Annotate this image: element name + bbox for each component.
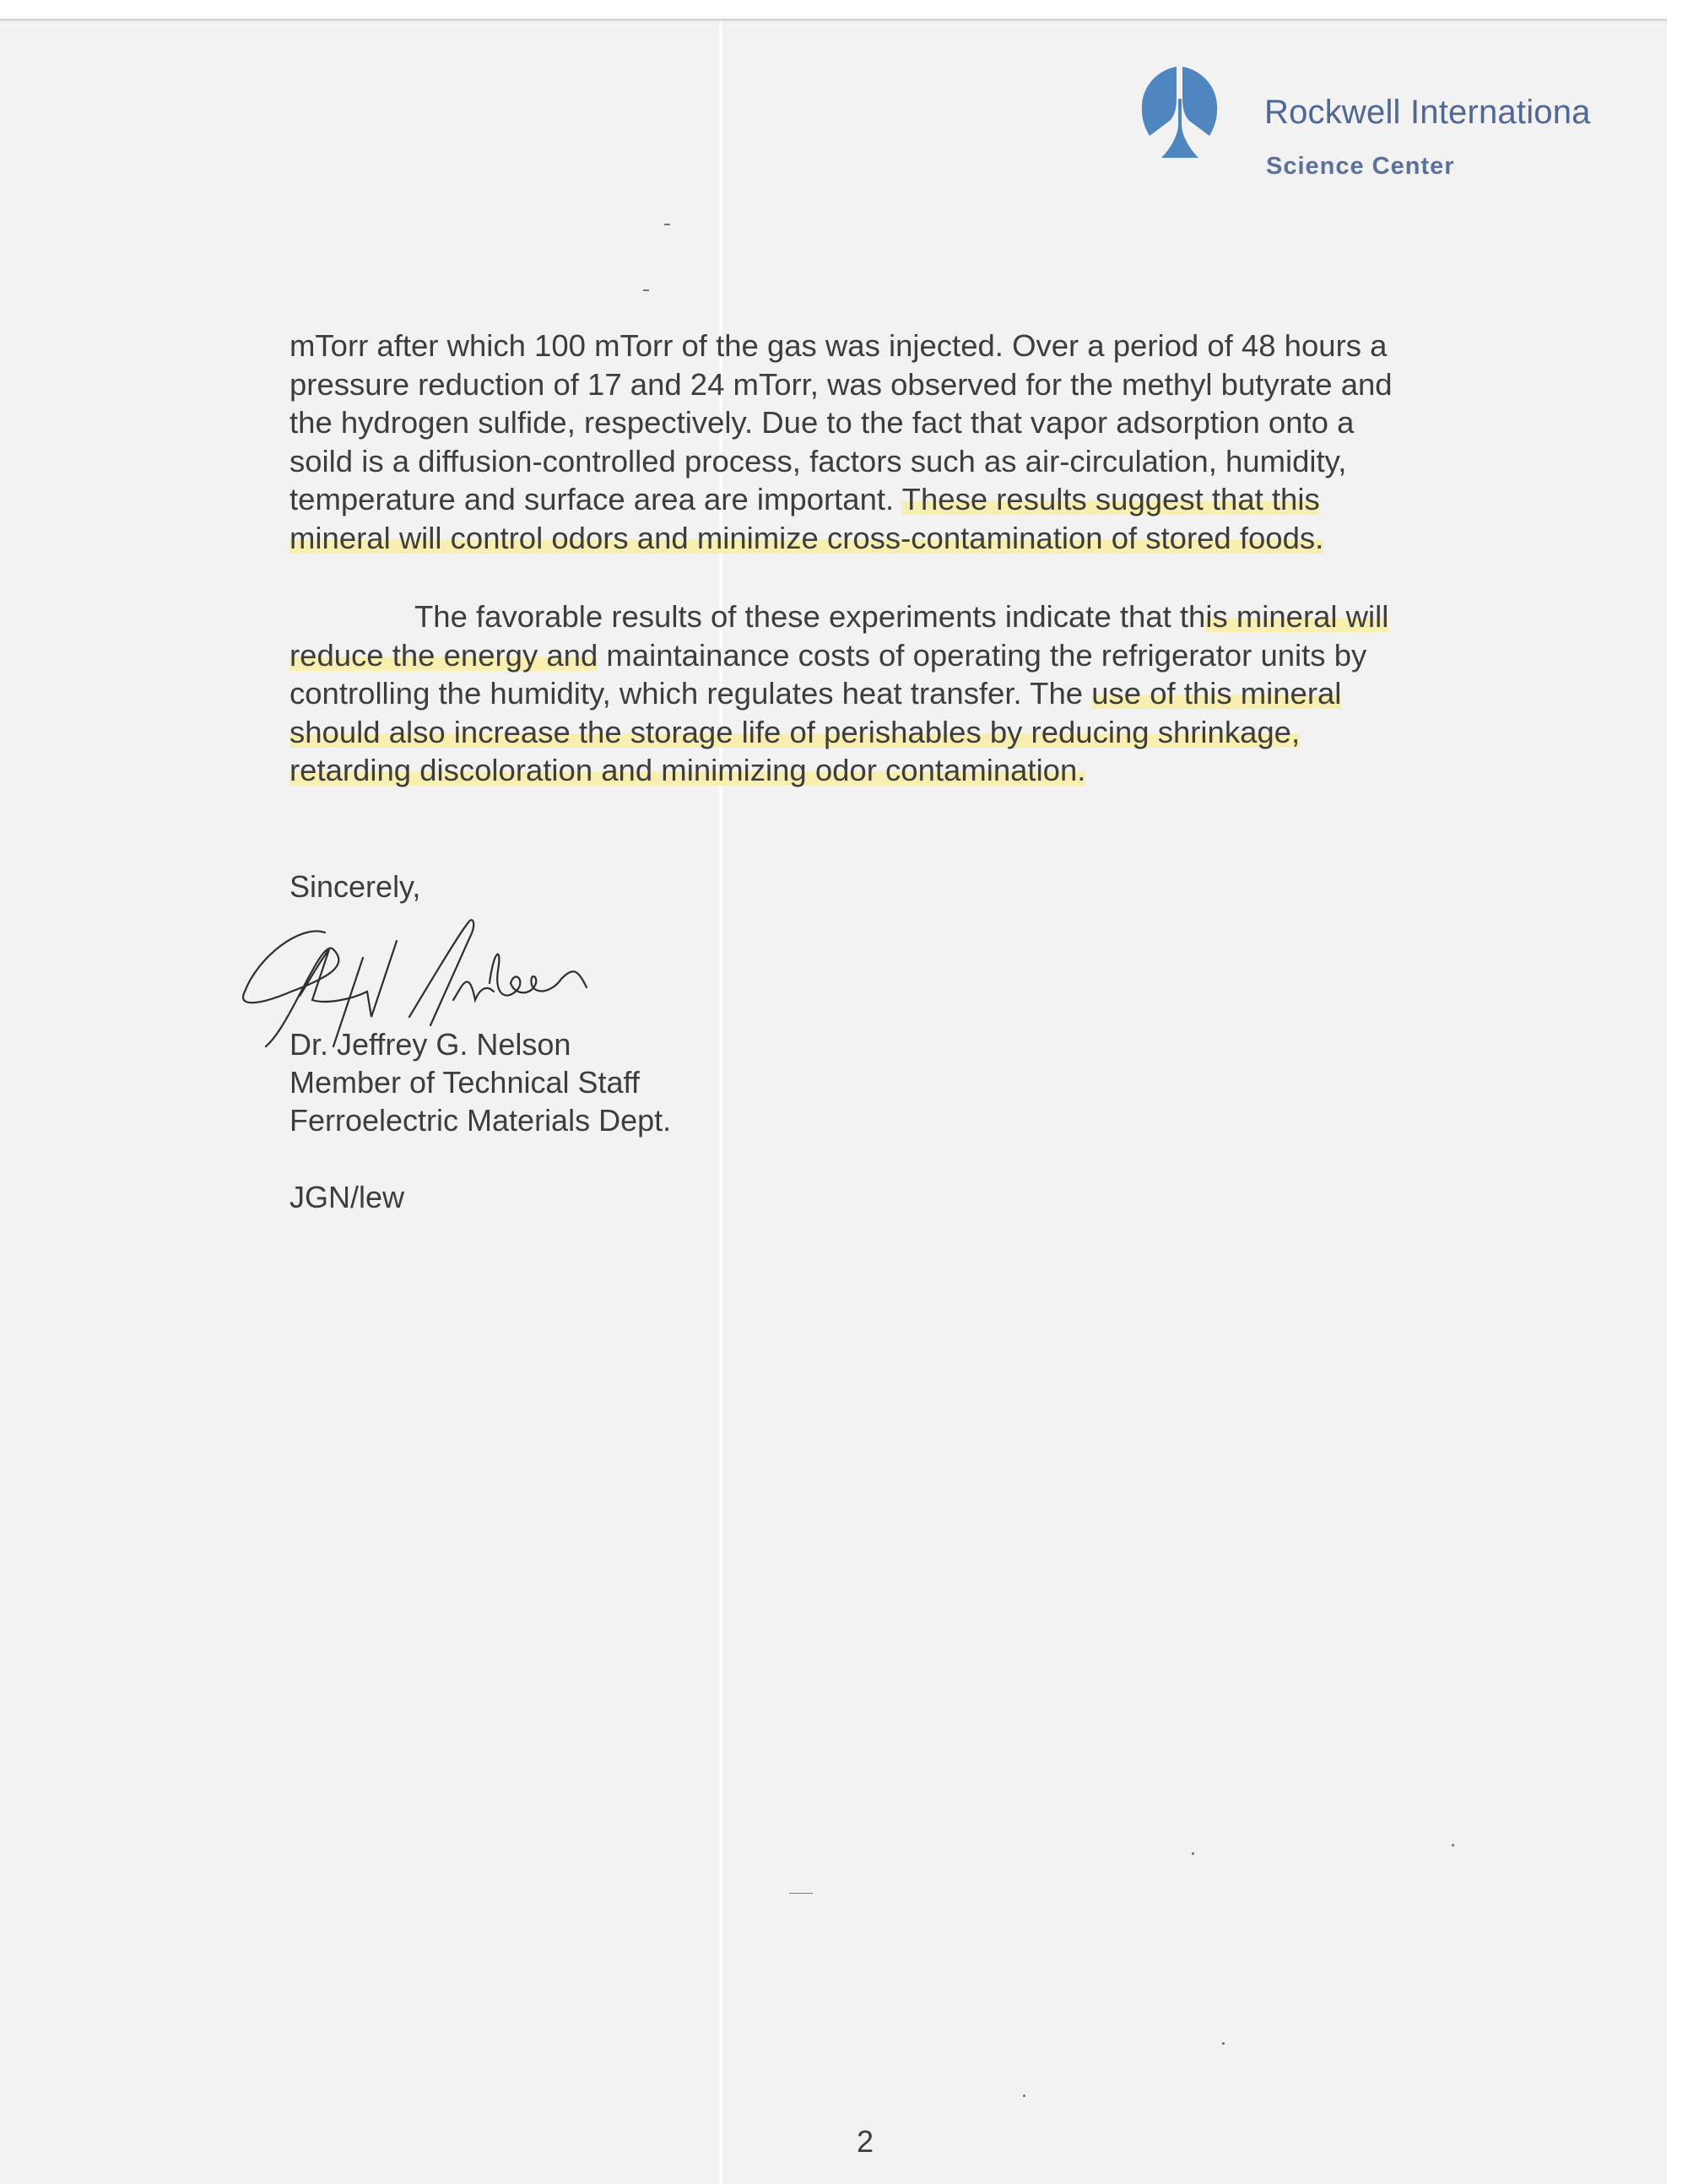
division-name: Science Center: [1266, 153, 1455, 181]
typist-initials: JGN/lew: [289, 1180, 404, 1215]
body-text-segment: The favorable results of these experimen…: [414, 599, 1205, 634]
body-text-segment: temperature and surface area are importa…: [289, 482, 902, 516]
scan-speck: [1222, 2042, 1225, 2045]
letter-body: mTorr after which 100 mTorr of the gas w…: [289, 327, 1522, 830]
signature-block: Dr. Jeffrey G. Nelson Member of Technica…: [289, 1025, 671, 1139]
signer-title: Member of Technical Staff: [289, 1063, 671, 1101]
body-line: the hydrogen sulfide, respectively. Due …: [289, 403, 1522, 442]
body-text-segment: maintainance costs of operating the refr…: [598, 638, 1366, 673]
paragraph-conclusion: The favorable results of these experimen…: [289, 597, 1522, 790]
rockwell-logo-icon: [1139, 65, 1220, 162]
page-number: 2: [857, 2124, 874, 2160]
highlighted-text: should also increase the storage life of…: [289, 715, 1300, 749]
signer-department: Ferroelectric Materials Dept.: [289, 1101, 671, 1139]
company-name: Rockwell Internationa: [1264, 94, 1591, 132]
stray-mark: [664, 224, 670, 225]
highlighted-text: use of this mineral: [1091, 676, 1341, 711]
signer-name: Dr. Jeffrey G. Nelson: [289, 1025, 671, 1063]
highlighted-text: These results suggest that this: [902, 482, 1320, 516]
body-line: reduce the energy and maintainance costs…: [289, 636, 1522, 675]
body-line: soild is a diffusion-controlled process,…: [289, 442, 1522, 481]
highlighted-text: is mineral will: [1205, 599, 1388, 634]
body-line: The favorable results of these experimen…: [289, 597, 1522, 636]
scan-speck: [1023, 2095, 1025, 2097]
letter-page: Rockwell Internationa Science Center mTo…: [0, 19, 1667, 2184]
highlighted-text: mineral will control odors and minimize …: [289, 521, 1323, 555]
paragraph-results: mTorr after which 100 mTorr of the gas w…: [289, 327, 1522, 557]
body-text-segment: controlling the humidity, which regulate…: [289, 676, 1091, 711]
stray-mark: [643, 289, 649, 291]
body-line: retarding discoloration and minimizing o…: [289, 751, 1522, 790]
body-line: temperature and surface area are importa…: [289, 480, 1522, 519]
body-line: should also increase the storage life of…: [289, 713, 1522, 752]
highlighted-text: reduce the energy and: [289, 638, 598, 673]
scan-speck: [1452, 1844, 1454, 1846]
body-line: pressure reduction of 17 and 24 mTorr, w…: [289, 365, 1522, 404]
highlighted-text: retarding discoloration and minimizing o…: [289, 753, 1085, 787]
letterhead: Rockwell Internationa Science Center: [1139, 65, 1646, 175]
body-line: mineral will control odors and minimize …: [289, 519, 1522, 558]
body-line: mTorr after which 100 mTorr of the gas w…: [289, 327, 1522, 365]
scan-speck: [1192, 1852, 1194, 1855]
stray-mark: [789, 1893, 813, 1894]
body-line: controlling the humidity, which regulate…: [289, 674, 1522, 713]
